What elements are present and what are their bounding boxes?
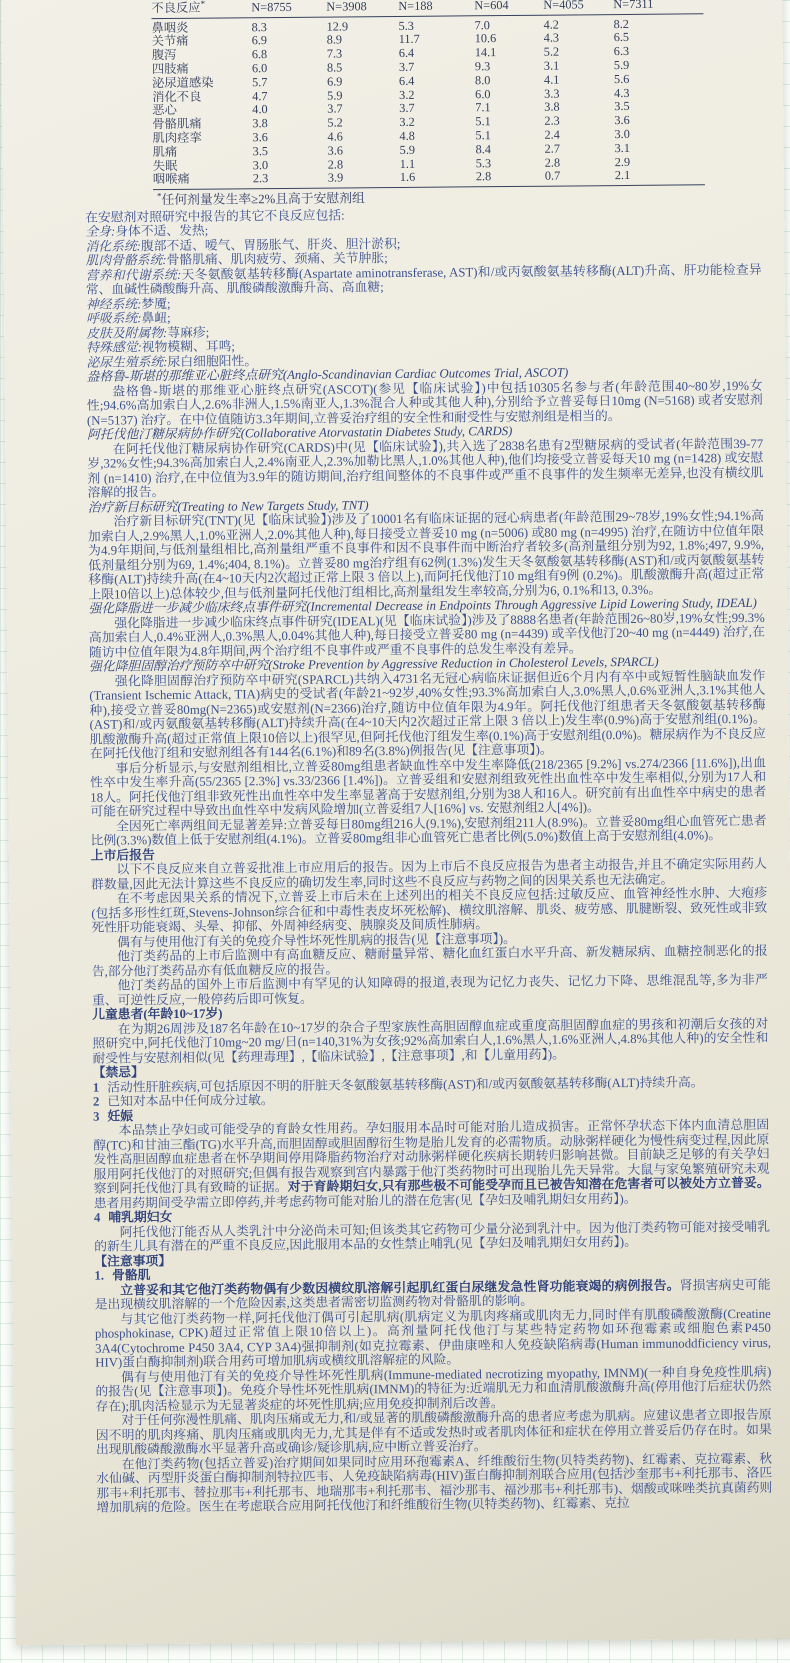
text-segment: 全身: bbox=[85, 225, 115, 239]
column-n-label: N=3908 bbox=[326, 0, 398, 14]
table-column-header: 20 mgN=188 bbox=[398, 0, 474, 16]
text-segment: 强化降脂进一步减少临床终点事件研究(IDEAL)(见【临床试验】)涉及了8888… bbox=[89, 610, 765, 659]
para-posthoc-analysis: 事后分析显示,与安慰剂组相比,立普妥80mg组患者缺血性卒中发生率降低(218/… bbox=[90, 755, 766, 819]
incidence-value: 2.7 bbox=[545, 142, 615, 156]
adverse-reaction-name: 腹泻 bbox=[152, 48, 252, 63]
text-segment: 治疗新目标研究(TNT)(见【临床试验】)涉及了10001名有临床证据的冠心病患… bbox=[88, 509, 764, 601]
adverse-reaction-name: 咽喉痛 bbox=[153, 173, 253, 190]
text-segment: 在不考虑因果关系的情况下,立普妥上市后未在上述列出的相关不良反应包括:过敏反应、… bbox=[91, 886, 767, 935]
incidence-value: 4.3 bbox=[544, 31, 614, 45]
document-page: 不良反应* 所有剂量N=875510 mgN=390820 mgN=18840 … bbox=[1, 0, 790, 1645]
incidence-value: 3.6 bbox=[252, 131, 327, 145]
incidence-value: 4.2 bbox=[543, 14, 613, 32]
incidence-value: 3.2 bbox=[399, 115, 475, 129]
incidence-value: 4.8 bbox=[399, 129, 475, 143]
text-segment: 梦魇; bbox=[141, 297, 170, 311]
incidence-value: 6.3 bbox=[614, 44, 704, 59]
text-segment: 与其它他汀类药物一样,阿托伐他汀偶可引起肌病(肌病定义为肌肉疼痛或肌肉无力,同时… bbox=[95, 1306, 771, 1369]
text-segment: 【注意事项】 bbox=[94, 1254, 171, 1269]
text-segment: 在阿托伐他汀糖尿病协作研究(CARDS)中(见【临床试验】),共入选了2838名… bbox=[87, 436, 763, 499]
para-pregnancy: 本品禁止孕妇或可能受孕的育龄女性用药。孕妇服用本品时可能对胎儿造成损害。正常怀孕… bbox=[93, 1118, 770, 1211]
incidence-value: 3.5 bbox=[614, 100, 704, 115]
incidence-value: 3.7 bbox=[399, 102, 475, 116]
incidence-value: 0.7 bbox=[545, 169, 615, 186]
incidence-value: 6.8 bbox=[252, 48, 327, 62]
incidence-value: 5.1 bbox=[475, 129, 544, 143]
text-segment: 特殊感觉: bbox=[86, 340, 142, 354]
incidence-value: 3.8 bbox=[252, 117, 327, 131]
incidence-value: 7.3 bbox=[327, 47, 399, 61]
incidence-value: 6.5 bbox=[614, 31, 704, 46]
incidence-value: 6.9 bbox=[327, 75, 399, 89]
item-number: 3 bbox=[93, 1109, 100, 1123]
incidence-value: 5.2 bbox=[327, 116, 399, 130]
document-content: 不良反应* 所有剂量N=875510 mgN=390820 mgN=18840 … bbox=[83, 0, 772, 1515]
incidence-value: 4.7 bbox=[252, 89, 327, 103]
para-pediatric: 在为期26周涉及187名年龄在10~17岁的杂合子型家族性高胆固醇血症或重度高胆… bbox=[92, 1016, 768, 1065]
column-n-label: N=604 bbox=[474, 0, 543, 13]
text-segment: 身体不适、发热; bbox=[115, 224, 208, 239]
incidence-value: 5.9 bbox=[400, 143, 476, 157]
incidence-value: 14.1 bbox=[475, 46, 544, 60]
text-segment: 【禁忌】 bbox=[93, 1065, 144, 1079]
incidence-value: 3.9 bbox=[328, 171, 400, 188]
para-skeletal-3: 偶有与使用他汀有关的免疫介导性坏死性肌病(Immune-mediated nec… bbox=[95, 1364, 771, 1413]
table-column-header: 40 mgN=604 bbox=[474, 0, 543, 15]
incidence-value: 3.3 bbox=[544, 87, 614, 101]
table-column-header: 所有剂量N=8755 bbox=[251, 0, 326, 17]
text-segment: 已知对本品中任何成分过敏。 bbox=[107, 1093, 273, 1108]
column-n-label: N=8755 bbox=[251, 0, 326, 14]
text-segment: 泌尿生殖系统: bbox=[86, 355, 167, 370]
incidence-value: 4.0 bbox=[252, 103, 327, 117]
adverse-reaction-name: 鼻咽炎 bbox=[151, 17, 251, 35]
incidence-value: 5.3 bbox=[476, 156, 545, 170]
incidence-value: 5.2 bbox=[544, 45, 614, 59]
incidence-value: 3.8 bbox=[544, 100, 614, 114]
para-all-cause-mortality: 全因死亡率两组间无显著差异:立普妥每日80mg组216人(9.1%),安慰剂组2… bbox=[90, 813, 766, 848]
para-skeletal-2: 与其它他汀类药物一样,阿托伐他汀偶可引起肌病(肌病定义为肌肉疼痛或肌肉无力,同时… bbox=[95, 1306, 771, 1370]
text-segment: 对于任何弥漫性肌痛、肌肉压痛或无力,和/或显著的肌酸磷酸激酶升高的患者应考虑为肌… bbox=[96, 1408, 772, 1457]
text-segment: 神经系统: bbox=[86, 297, 142, 311]
incidence-value: 2.8 bbox=[328, 158, 400, 172]
incidence-value: 3.6 bbox=[328, 144, 400, 158]
text-segment: 偶有与使用他汀有关的免疫介导性坏死性肌病(Immune-mediated nec… bbox=[95, 1364, 771, 1413]
incidence-value: 6.0 bbox=[475, 87, 544, 101]
incidence-value: 3.1 bbox=[615, 141, 705, 156]
column-n-label: N=4055 bbox=[543, 0, 613, 12]
para-sparcl: 强化降胆固醇治疗预防卒中研究(SPARCL)共纳入4731名无冠心病临床证据但近… bbox=[89, 668, 766, 761]
table-column-header: 80 mgN=4055 bbox=[543, 0, 613, 15]
text-segment: 妊娠 bbox=[107, 1109, 133, 1123]
text-segment: 盎格鲁-斯堪的那维亚心脏终点研究(ASCOT)(参见【临床试验】)中包括1030… bbox=[87, 378, 763, 427]
text-segment: 在安慰剂对照研究中报告的其它不良反应包括: bbox=[85, 208, 345, 224]
column-n-label: N=7311 bbox=[613, 0, 703, 12]
table-column-header: 10 mgN=3908 bbox=[326, 0, 398, 17]
incidence-value: 3.5 bbox=[253, 144, 328, 158]
incidence-value: 2.3 bbox=[253, 172, 328, 189]
incidence-value: 3.2 bbox=[399, 88, 475, 102]
incidence-value: 8.4 bbox=[476, 142, 545, 156]
incidence-value: 3.6 bbox=[614, 113, 704, 128]
item-number: 4 bbox=[94, 1211, 101, 1225]
para-tnt: 治疗新目标研究(TNT)(见【临床试验】)涉及了10001名有临床证据的冠心病患… bbox=[88, 509, 765, 602]
incidence-value: 2.8 bbox=[545, 156, 615, 170]
document-body: 在安慰剂对照研究中报告的其它不良反应包括:全身:身体不适、发热;消化系统:腹部不… bbox=[85, 204, 772, 1515]
adverse-reaction-name: 肌痛 bbox=[153, 145, 253, 160]
table-col1-header: 不良反应* bbox=[151, 0, 251, 18]
text-segment: 肌肉骨骼系统: bbox=[86, 253, 167, 268]
incidence-value: 5.9 bbox=[327, 89, 399, 103]
incidence-value: 10.6 bbox=[475, 32, 544, 46]
incidence-value: 5.1 bbox=[475, 115, 544, 129]
column-n-label: N=188 bbox=[398, 0, 474, 14]
para-ascot: 盎格鲁-斯堪的那维亚心脏终点研究(ASCOT)(参见【临床试验】)中包括1030… bbox=[87, 378, 763, 427]
text-segment: 尿白细胞阳性。 bbox=[167, 354, 257, 369]
incidence-value: 3.1 bbox=[544, 59, 614, 73]
adverse-reaction-name: 肌肉痉挛 bbox=[152, 131, 252, 146]
table-column-header: 安慰剂N=7311 bbox=[613, 0, 703, 14]
para-postmarketing-2: 在不考虑因果关系的情况下,立普妥上市后未在上述列出的相关不良反应包括:过敏反应、… bbox=[91, 886, 767, 935]
incidence-value: 2.3 bbox=[544, 114, 614, 128]
photo-background: { "table": { "col1_header": "不良反应", "col… bbox=[0, 0, 790, 1663]
incidence-value: 7.0 bbox=[474, 15, 543, 33]
item-number: 2 bbox=[93, 1095, 100, 1109]
incidence-value: 5.9 bbox=[614, 58, 704, 73]
text-segment: 儿童患者(年龄10~17岁) bbox=[92, 1007, 222, 1022]
incidence-value: 5.7 bbox=[252, 75, 327, 89]
incidence-value: 9.3 bbox=[475, 60, 544, 74]
incidence-value: 7.1 bbox=[475, 101, 544, 115]
incidence-value: 8.5 bbox=[327, 61, 399, 75]
incidence-value: 2.1 bbox=[615, 169, 705, 186]
text-segment: 呼吸系统: bbox=[86, 311, 142, 325]
incidence-value: 5.6 bbox=[614, 72, 704, 87]
para-ideal: 强化降脂进一步减少临床终点事件研究(IDEAL)(见【临床试验】)涉及了8888… bbox=[89, 610, 765, 659]
para-skeletal-4: 对于任何弥漫性肌痛、肌肉压痛或无力,和/或显著的肌酸磷酸激酶升高的患者应考虑为肌… bbox=[96, 1408, 772, 1457]
text-segment: 在他汀类药物(包括立普妥)治疗期间如果同时应用环孢霉素A、纤维酸衍生物(贝特类药… bbox=[96, 1451, 772, 1514]
incidence-value: 3.0 bbox=[253, 158, 328, 172]
incidence-value: 2.9 bbox=[615, 155, 705, 170]
incidence-value: 8.2 bbox=[613, 13, 703, 31]
incidence-value: 3.7 bbox=[399, 60, 475, 74]
incidence-value: 8.9 bbox=[327, 33, 399, 47]
para-skeletal-5: 在他汀类药物(包括立普妥)治疗期间如果同时应用环孢霉素A、纤维酸衍生物(贝特类药… bbox=[96, 1451, 772, 1515]
incidence-value: 1.6 bbox=[400, 171, 476, 188]
item-number: 1. bbox=[94, 1269, 104, 1283]
text-segment: 对于育龄期妇女,只有那些极不可能受孕而且已被告知潜在危害者可以被处方立普妥。 bbox=[288, 1176, 770, 1194]
incidence-value: 3.7 bbox=[327, 102, 399, 116]
text-segment: 上市后报告 bbox=[91, 848, 155, 863]
text-segment: 全因死亡率两组间无显著差异:立普妥每日80mg组216人(9.1%),安慰剂组2… bbox=[91, 813, 767, 847]
text-segment: 营养和代谢系统: bbox=[86, 268, 182, 283]
text-segment: 荨麻疹; bbox=[167, 325, 209, 339]
incidence-value: 6.9 bbox=[252, 34, 327, 48]
text-segment: 骨骼肌 bbox=[112, 1268, 151, 1282]
incidence-value: 6.0 bbox=[252, 62, 327, 76]
incidence-value: 11.7 bbox=[399, 33, 475, 47]
incidence-value: 6.4 bbox=[399, 74, 475, 88]
text-segment: 鼻衄; bbox=[141, 311, 170, 325]
adverse-reaction-name: 泌尿道感染 bbox=[152, 76, 252, 91]
adverse-reaction-name: 骨骼肌痛 bbox=[152, 117, 252, 132]
adverse-reaction-name: 消化不良 bbox=[152, 90, 252, 105]
text-segment: 哺乳期妇女 bbox=[108, 1210, 172, 1225]
adverse-reaction-name: 关节痛 bbox=[152, 35, 252, 50]
text-segment: 强化降胆固醇治疗预防卒中研究(SPARCL)共纳入4731名无冠心病临床证据但近… bbox=[89, 668, 765, 760]
text-segment: 在为期26周涉及187名年龄在10~17岁的杂合子型家族性高胆固醇血症或重度高胆… bbox=[92, 1016, 768, 1065]
footnote-marker: * bbox=[201, 0, 206, 8]
table-row: 咽喉痛2.33.91.62.80.72.1 bbox=[153, 169, 705, 190]
incidence-value: 2.8 bbox=[476, 170, 545, 187]
incidence-value: 5.3 bbox=[398, 15, 474, 33]
incidence-value: 6.4 bbox=[399, 46, 475, 60]
incidence-value: 12.9 bbox=[326, 16, 398, 34]
para-cards: 在阿托伐他汀糖尿病协作研究(CARDS)中(见【临床试验】),共入选了2838名… bbox=[87, 436, 763, 500]
text-segment: 事后分析显示,与安慰剂组相比,立普妥80mg组患者缺血性卒中发生率降低(218/… bbox=[90, 755, 766, 818]
text-segment: 骨骼肌痛、肌肉疲劳、颈痛、关节肿胀; bbox=[167, 251, 388, 267]
incidence-value: 2.4 bbox=[544, 128, 614, 142]
incidence-value: 8.0 bbox=[475, 73, 544, 87]
incidence-value: 4.3 bbox=[614, 86, 704, 101]
item-number: 1 bbox=[93, 1080, 100, 1094]
incidence-value: 3.0 bbox=[614, 127, 704, 142]
adverse-reactions-table: 不良反应* 所有剂量N=875510 mgN=390820 mgN=18840 … bbox=[151, 0, 705, 190]
incidence-value: 1.1 bbox=[400, 157, 476, 171]
incidence-value: 4.1 bbox=[544, 73, 614, 87]
text-segment: 皮肤及附属物: bbox=[86, 326, 167, 341]
text-segment: 消化系统: bbox=[85, 239, 141, 253]
incidence-value: 8.3 bbox=[251, 17, 326, 35]
table-body: 鼻咽炎8.312.95.37.04.28.2关节痛6.98.911.710.64… bbox=[151, 13, 704, 189]
incidence-value: 4.6 bbox=[327, 130, 399, 144]
text-segment: 视物模糊、耳鸣; bbox=[142, 340, 235, 355]
